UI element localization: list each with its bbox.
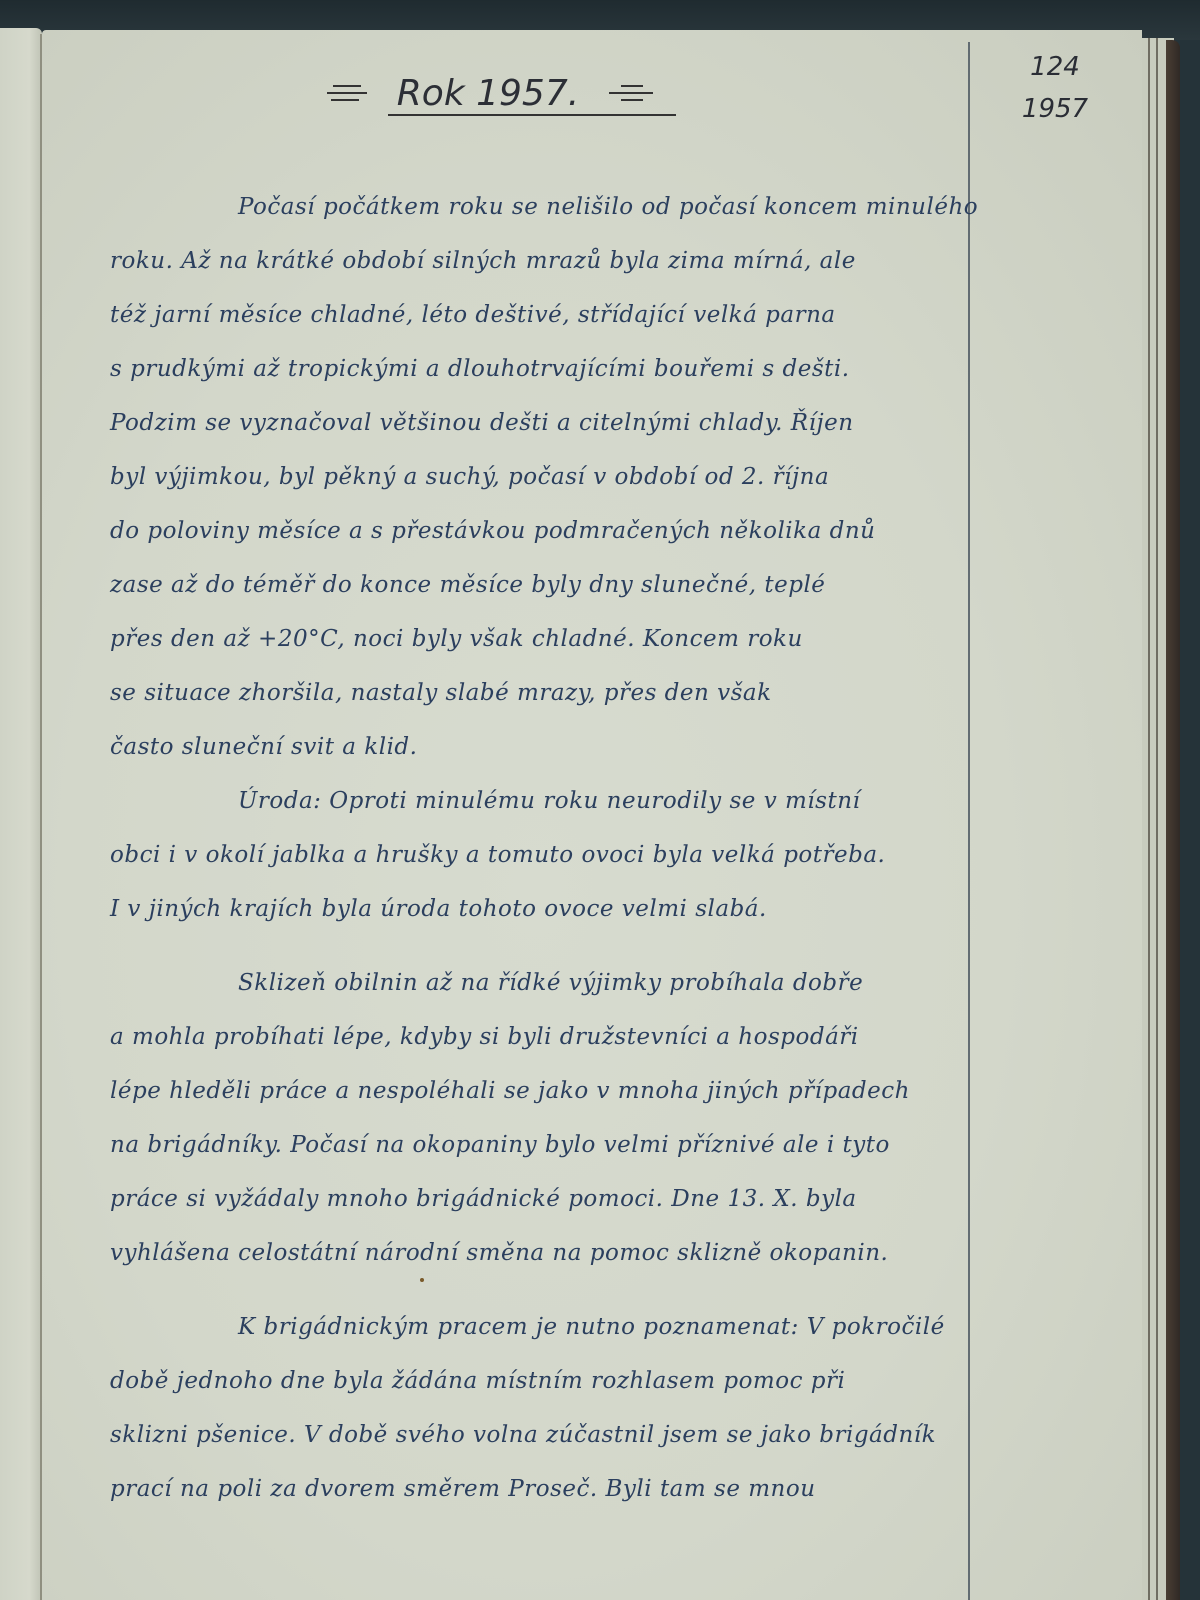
text-line: lépe hleděli práce a nespoléhali se jako… (110, 1064, 970, 1118)
text-line: vyhlášena celostátní národní směna na po… (110, 1226, 970, 1280)
scanned-book-scene: Rok 1957. 124 1957 Počasí počátkem roku … (0, 0, 1200, 1600)
paragraph-grain: Sklizeň obilnin až na řídké výjimky prob… (110, 956, 970, 1280)
page-edge-line (1156, 38, 1158, 1600)
text-line: přes den až +20°C, noci byly však chladn… (110, 612, 970, 666)
paragraph-brigade: K brigádnickým pracem je nutno poznamena… (110, 1300, 970, 1516)
text-line: Počasí počátkem roku se nelišilo od poča… (110, 180, 970, 234)
text-line: Sklizeň obilnin až na řídké výjimky prob… (110, 956, 970, 1010)
text-line: do poloviny měsíce a s přestávkou podmra… (110, 504, 970, 558)
text-line: často sluneční svit a klid. (110, 720, 970, 774)
text-line: K brigádnickým pracem je nutno poznamena… (110, 1300, 970, 1354)
chronicle-body: Počasí počátkem roku se nelišilo od poča… (110, 180, 970, 1516)
text-line: Úroda: Oproti minulému roku neurodily se… (110, 774, 970, 828)
heading-decoration-left (327, 85, 367, 101)
text-line: Podzim se vyznačoval většinou dešti a ci… (110, 396, 970, 450)
text-line: se situace zhoršila, nastaly slabé mrazy… (110, 666, 970, 720)
text-line: zase až do téměř do konce měsíce byly dn… (110, 558, 970, 612)
left-facing-page-edge (0, 28, 42, 1600)
page-number: 124 (1010, 52, 1100, 82)
heading-underline (388, 114, 676, 116)
page-title: Rok 1957. (397, 73, 579, 114)
margin-year: 1957 (1010, 94, 1100, 124)
page-heading: Rok 1957. (300, 68, 680, 118)
page-edge-line (1148, 38, 1150, 1600)
text-line: a mohla probíhati lépe, kdyby si byli dr… (110, 1010, 970, 1064)
text-line: době jednoho dne byla žádána místním roz… (110, 1354, 970, 1408)
text-line: byl výjimkou, byl pěkný a suchý, počasí … (110, 450, 970, 504)
paragraph-weather: Počasí počátkem roku se nelišilo od poča… (110, 180, 970, 774)
text-line: na brigádníky. Počasí na okopaniny bylo … (110, 1118, 970, 1172)
text-line: obci i v okolí jablka a hrušky a tomuto … (110, 828, 970, 882)
text-line: I v jiných krajích byla úroda tohoto ovo… (110, 882, 970, 936)
text-line: s prudkými až tropickými a dlouhotrvajíc… (110, 342, 970, 396)
book-cover-edge (1166, 40, 1180, 1600)
text-line: roku. Až na krátké období silných mrazů … (110, 234, 970, 288)
paragraph-harvest: Úroda: Oproti minulému roku neurodily se… (110, 774, 970, 936)
text-line: sklizni pšenice. V době svého volna zúča… (110, 1408, 970, 1462)
text-line: prací na poli za dvorem směrem Proseč. B… (110, 1462, 970, 1516)
paper-stain (420, 1278, 424, 1282)
text-line: též jarní měsíce chladné, léto deštivé, … (110, 288, 970, 342)
heading-decoration-right (609, 85, 653, 101)
text-line: práce si vyžádaly mnoho brigádnické pomo… (110, 1172, 970, 1226)
